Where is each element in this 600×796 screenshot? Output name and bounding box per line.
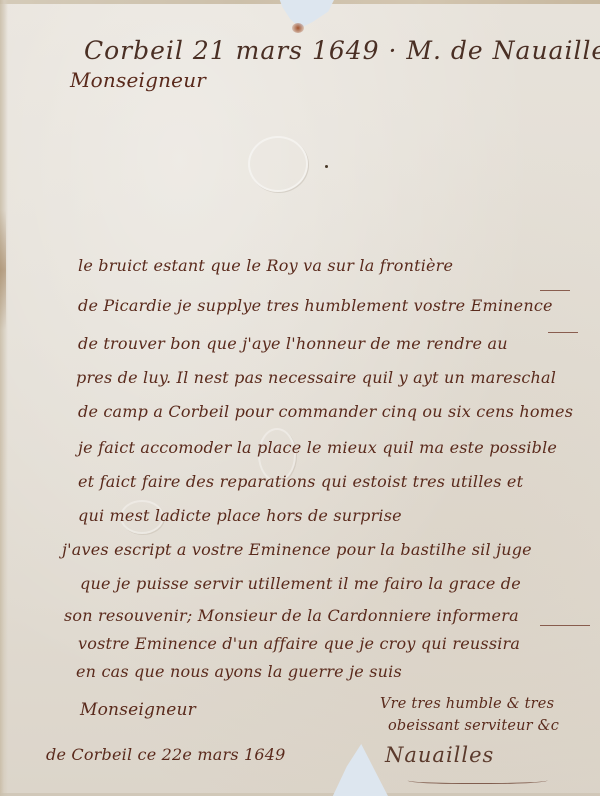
body-line: son resouvenir; Monsieur de la Cardonnie… [64,606,519,625]
dateline: de Corbeil ce 22e mars 1649 [46,745,286,764]
line-filler-stroke [548,332,578,333]
embossed-seal-icon [248,136,308,192]
signature: Nauailles [385,743,494,767]
torn-notch-bottom [318,744,390,796]
body-line: de camp a Corbeil pour commander cinq ou… [78,402,573,421]
salutation: Monseigneur [70,68,206,92]
body-line: vostre Eminence d'un affaire que je croy… [78,634,520,653]
closing-salutation: Monseigneur [80,700,196,720]
line-filler-stroke [540,625,590,626]
body-line: pres de luy. Il nest pas necessaire quil… [76,368,556,387]
body-line: je faict accomoder la place le mieux qui… [78,438,557,457]
body-line: que je puisse servir utillement il me fa… [80,574,521,593]
body-line: de trouver bon que j'aye l'honneur de me… [78,334,508,353]
line-filler-stroke [540,290,570,291]
body-line: de Picardie je supplye tres humblement v… [78,296,553,315]
wax-stain [292,23,304,33]
ink-speck [325,165,328,168]
paper-left-edge [0,0,8,796]
closing-formula-line: obeissant serviteur &c [388,718,559,734]
body-line: le bruict estant que le Roy va sur la fr… [78,256,453,275]
body-line: et faict faire des reparations qui estoi… [78,472,523,491]
torn-notch-top [279,0,335,28]
closing-formula-line: Vre tres humble & tres [380,696,554,712]
letter-page: Corbeil 21 mars 1649 · M. de Nauailles M… [0,0,600,796]
letter-header: Corbeil 21 mars 1649 · M. de Nauailles [84,36,600,65]
body-line: j'aves escript a vostre Eminence pour la… [62,540,532,559]
signature-flourish [406,775,549,784]
body-line: qui mest ladicte place hors de surprise [78,506,402,525]
body-line: en cas que nous ayons la guerre je suis [76,662,402,681]
paper-stain [0,210,6,330]
